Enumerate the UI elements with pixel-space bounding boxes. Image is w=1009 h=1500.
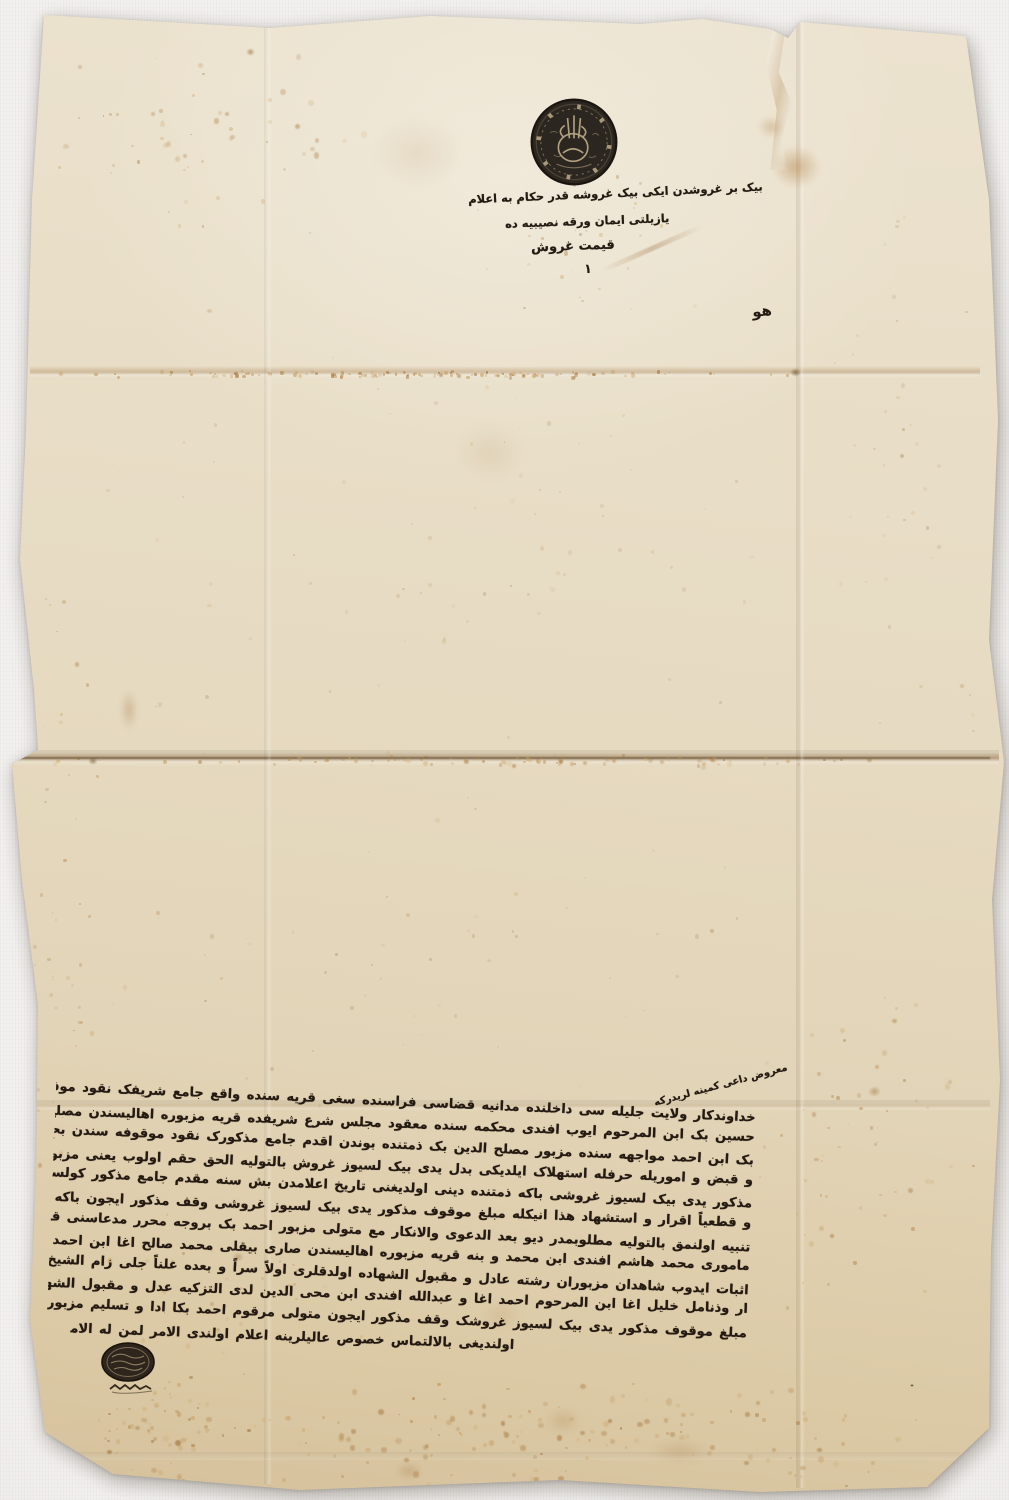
foxing-speck bbox=[403, 759, 407, 762]
foxing-speck bbox=[158, 702, 162, 707]
foxing-speck bbox=[483, 1443, 487, 1447]
foxing-speck bbox=[147, 1429, 150, 1432]
foxing-speck bbox=[534, 374, 537, 376]
foxing-speck bbox=[409, 1449, 412, 1452]
foxing-speck bbox=[209, 372, 212, 374]
foxing-speck bbox=[786, 759, 790, 763]
foxing-speck bbox=[88, 915, 91, 917]
foxing-speck bbox=[483, 592, 487, 595]
foxing-speck bbox=[395, 373, 398, 376]
foxing-speck bbox=[841, 1442, 845, 1446]
foxing-speck bbox=[474, 915, 478, 918]
tughra-seal-icon bbox=[528, 96, 620, 188]
foxing-speck bbox=[297, 755, 302, 760]
foxing-speck bbox=[827, 1127, 830, 1129]
foxing-speck bbox=[584, 877, 586, 880]
foxing-speck bbox=[610, 1439, 615, 1444]
foxing-speck bbox=[406, 375, 408, 377]
foxing-speck bbox=[191, 1444, 194, 1447]
foxing-speck bbox=[177, 1383, 181, 1387]
foxing-speck bbox=[657, 370, 660, 374]
foxing-speck bbox=[434, 1415, 438, 1419]
foxing-speck bbox=[44, 801, 47, 803]
foxing-speck bbox=[797, 763, 800, 766]
foxing-speck bbox=[414, 372, 417, 376]
foxing-speck bbox=[348, 757, 351, 759]
foxing-speck bbox=[540, 546, 545, 551]
foxing-speck bbox=[571, 271, 573, 273]
foxing-speck bbox=[429, 958, 432, 961]
foxing-speck bbox=[853, 1261, 857, 1264]
foxing-speck bbox=[676, 1404, 680, 1408]
foxing-speck bbox=[268, 372, 270, 374]
foxing-speck bbox=[361, 131, 367, 137]
stain-blob bbox=[910, 1384, 914, 1387]
foxing-speck bbox=[509, 373, 513, 377]
foxing-speck bbox=[314, 152, 320, 159]
foxing-speck bbox=[565, 907, 568, 909]
foxing-speck bbox=[36, 1109, 40, 1113]
foxing-speck bbox=[430, 763, 433, 767]
foxing-speck bbox=[450, 1416, 456, 1422]
foxing-speck bbox=[522, 374, 526, 378]
foxing-speck bbox=[383, 373, 386, 376]
foxing-speck bbox=[670, 1432, 675, 1437]
foxing-speck bbox=[58, 166, 61, 169]
foxing-speck bbox=[107, 1450, 113, 1454]
foxing-speck bbox=[803, 1417, 809, 1422]
foxing-speck bbox=[254, 1425, 256, 1428]
foxing-speck bbox=[667, 757, 670, 761]
foxing-speck bbox=[204, 954, 206, 956]
foxing-speck bbox=[150, 1426, 154, 1430]
foxing-speck bbox=[559, 491, 561, 493]
foxing-speck bbox=[307, 1453, 310, 1456]
foxing-speck bbox=[789, 1457, 792, 1459]
foxing-speck bbox=[537, 757, 540, 760]
foxing-speck bbox=[413, 373, 416, 376]
foxing-speck bbox=[183, 154, 187, 158]
foxing-speck bbox=[575, 372, 578, 375]
paper-sheet: بیک بر غروشدن ایکی بیک غروشه قدر حکام به… bbox=[0, 0, 1009, 1500]
foxing-speck bbox=[606, 1444, 609, 1447]
foxing-speck bbox=[877, 1127, 879, 1129]
foxing-speck bbox=[115, 1452, 118, 1455]
foxing-speck bbox=[75, 662, 79, 667]
foxing-speck bbox=[433, 375, 436, 378]
foxing-speck bbox=[645, 1398, 649, 1402]
foxing-speck bbox=[903, 1079, 906, 1082]
foxing-speck bbox=[230, 135, 236, 140]
foxing-speck bbox=[213, 461, 215, 463]
foxing-speck bbox=[189, 1376, 193, 1379]
foxing-speck bbox=[205, 695, 209, 699]
foxing-speck bbox=[298, 374, 302, 378]
foxing-speck bbox=[884, 410, 888, 414]
foxing-speck bbox=[558, 1406, 560, 1408]
foxing-speck bbox=[558, 1476, 564, 1481]
foxing-speck bbox=[536, 759, 540, 763]
foxing-speck bbox=[209, 582, 213, 586]
foxing-speck bbox=[204, 1425, 208, 1429]
foxing-speck bbox=[340, 375, 343, 379]
foxing-speck bbox=[280, 371, 284, 376]
foxing-speck bbox=[107, 1440, 110, 1443]
foxing-speck bbox=[51, 976, 54, 978]
foxing-speck bbox=[538, 1418, 542, 1422]
foxing-speck bbox=[144, 1419, 148, 1424]
foxing-speck bbox=[331, 373, 334, 376]
foxing-speck bbox=[876, 1141, 878, 1143]
foxing-speck bbox=[972, 730, 974, 733]
invocation-mark: هو bbox=[751, 301, 773, 321]
foxing-speck bbox=[724, 866, 727, 869]
foxing-speck bbox=[763, 1145, 767, 1149]
foxing-speck bbox=[386, 371, 389, 374]
foxing-speck bbox=[486, 268, 488, 270]
foxing-speck bbox=[560, 275, 564, 279]
foxing-speck bbox=[695, 934, 699, 939]
foxing-speck bbox=[364, 994, 367, 997]
foxing-speck bbox=[128, 1408, 131, 1410]
foxing-speck bbox=[697, 764, 701, 768]
foxing-speck bbox=[487, 959, 491, 962]
foxing-speck bbox=[122, 1421, 127, 1425]
foxing-speck bbox=[248, 942, 252, 946]
foxing-speck bbox=[664, 373, 666, 375]
foxing-speck bbox=[601, 372, 604, 375]
foxing-speck bbox=[620, 1427, 623, 1430]
foxing-speck bbox=[189, 370, 191, 372]
foxing-speck bbox=[394, 759, 396, 761]
foxing-speck bbox=[831, 1095, 834, 1098]
diagonal-crease bbox=[600, 223, 704, 273]
foxing-speck bbox=[140, 1485, 146, 1490]
foxing-speck bbox=[175, 156, 180, 162]
foxing-speck bbox=[395, 372, 397, 374]
foxing-speck bbox=[502, 373, 504, 376]
foxing-speck bbox=[123, 985, 127, 990]
foxing-speck bbox=[526, 756, 530, 761]
foxing-speck bbox=[207, 309, 211, 313]
foxing-speck bbox=[402, 588, 405, 590]
foxing-speck bbox=[191, 1446, 197, 1452]
foxing-speck bbox=[915, 442, 919, 446]
foxing-speck bbox=[378, 373, 382, 377]
foxing-speck bbox=[75, 818, 77, 820]
foxing-speck bbox=[605, 758, 610, 762]
foxing-speck bbox=[414, 1015, 416, 1017]
foxing-speck bbox=[346, 1437, 351, 1442]
foxing-speck bbox=[406, 758, 411, 764]
foxing-speck bbox=[519, 372, 522, 374]
foxing-speck bbox=[258, 374, 260, 376]
foxing-speck bbox=[911, 511, 914, 515]
foxing-speck bbox=[800, 1475, 803, 1478]
foxing-speck bbox=[350, 1445, 355, 1450]
foxing-speck bbox=[454, 1014, 458, 1018]
foxing-speck bbox=[744, 1461, 749, 1466]
foxing-speck bbox=[601, 1431, 607, 1436]
foxing-speck bbox=[523, 761, 526, 763]
foxing-speck bbox=[464, 760, 469, 765]
foxing-speck bbox=[865, 581, 867, 583]
foxing-speck bbox=[926, 526, 929, 530]
foxing-speck bbox=[709, 372, 712, 375]
foxing-speck bbox=[351, 1429, 356, 1434]
stain-blob bbox=[772, 146, 820, 188]
foxing-speck bbox=[845, 1485, 847, 1487]
foxing-speck bbox=[523, 307, 526, 310]
foxing-speck bbox=[191, 1416, 195, 1420]
foxing-speck bbox=[707, 758, 709, 760]
foxing-speck bbox=[467, 797, 469, 799]
foxing-speck bbox=[539, 489, 541, 491]
foxing-speck bbox=[220, 977, 223, 980]
foxing-speck bbox=[786, 374, 789, 377]
foxing-speck bbox=[412, 1397, 416, 1400]
paper-tear bbox=[762, 20, 804, 170]
foxing-speck bbox=[225, 112, 230, 116]
foxing-speck bbox=[888, 625, 891, 628]
foxing-speck bbox=[884, 577, 888, 581]
foxing-speck bbox=[164, 1387, 166, 1390]
foxing-speck bbox=[519, 1415, 522, 1418]
foxing-speck bbox=[339, 1433, 345, 1440]
foxing-speck bbox=[497, 1046, 499, 1049]
foxing-speck bbox=[452, 604, 456, 608]
foxing-speck bbox=[103, 115, 105, 117]
foxing-speck bbox=[482, 760, 485, 763]
foxing-speck bbox=[428, 583, 432, 587]
foxing-speck bbox=[507, 736, 511, 739]
foxing-speck bbox=[112, 164, 116, 167]
foxing-speck bbox=[570, 762, 574, 766]
foxing-speck bbox=[969, 694, 971, 696]
foxing-speck bbox=[914, 1003, 918, 1007]
foxing-speck bbox=[749, 555, 754, 559]
foxing-speck bbox=[900, 454, 904, 458]
foxing-speck bbox=[407, 374, 409, 376]
foxing-speck bbox=[609, 977, 612, 979]
foxing-speck bbox=[818, 1456, 824, 1463]
foxing-speck bbox=[919, 685, 923, 689]
foxing-speck bbox=[214, 373, 216, 375]
foxing-speck bbox=[350, 1006, 354, 1010]
foxing-speck bbox=[60, 713, 63, 716]
foxing-speck bbox=[903, 519, 905, 522]
foxing-speck bbox=[844, 1414, 847, 1418]
foxing-speck bbox=[817, 1448, 822, 1453]
foxing-speck bbox=[575, 230, 577, 232]
foxing-speck bbox=[47, 958, 51, 961]
foxing-speck bbox=[457, 374, 461, 378]
foxing-speck bbox=[169, 1393, 171, 1395]
foxing-speck bbox=[299, 759, 303, 762]
document-photo: بیک بر غروشدن ایکی بیک غروشه قدر حکام به… bbox=[0, 0, 1009, 1500]
foxing-speck bbox=[288, 758, 291, 761]
foxing-speck bbox=[764, 756, 768, 761]
foxing-speck bbox=[371, 373, 375, 378]
foxing-speck bbox=[407, 374, 409, 377]
stain-blob bbox=[758, 116, 784, 138]
foxing-speck bbox=[437, 1383, 441, 1386]
foxing-speck bbox=[247, 372, 250, 375]
foxing-speck bbox=[358, 372, 361, 375]
foxing-speck bbox=[563, 573, 566, 576]
foxing-speck bbox=[527, 263, 531, 266]
foxing-speck bbox=[230, 374, 234, 378]
foxing-speck bbox=[333, 375, 336, 378]
foxing-speck bbox=[681, 1413, 686, 1418]
foxing-speck bbox=[598, 288, 601, 291]
foxing-speck bbox=[540, 1453, 543, 1455]
foxing-speck bbox=[398, 1414, 400, 1416]
foxing-speck bbox=[377, 388, 379, 390]
foxing-speck bbox=[335, 953, 339, 956]
foxing-speck bbox=[630, 469, 632, 471]
foxing-speck bbox=[302, 1428, 306, 1432]
foxing-speck bbox=[788, 1471, 792, 1475]
foxing-speck bbox=[915, 1099, 919, 1103]
foxing-speck bbox=[80, 1021, 83, 1024]
foxing-speck bbox=[55, 919, 58, 922]
foxing-speck bbox=[309, 582, 312, 585]
foxing-speck bbox=[710, 758, 715, 763]
foxing-speck bbox=[456, 373, 459, 376]
foxing-speck bbox=[512, 1440, 516, 1444]
foxing-speck bbox=[354, 758, 358, 763]
foxing-speck bbox=[421, 1034, 423, 1036]
foxing-speck bbox=[161, 120, 165, 123]
foxing-speck bbox=[873, 448, 876, 451]
foxing-speck bbox=[812, 1112, 817, 1117]
foxing-speck bbox=[438, 880, 440, 882]
foxing-speck bbox=[467, 929, 470, 932]
foxing-speck bbox=[59, 372, 63, 376]
foxing-speck bbox=[868, 1471, 870, 1473]
foxing-speck bbox=[825, 1195, 828, 1198]
foxing-speck bbox=[875, 1065, 880, 1070]
foxing-speck bbox=[501, 760, 506, 765]
foxing-speck bbox=[177, 1412, 182, 1417]
foxing-speck bbox=[474, 507, 476, 509]
foxing-speck bbox=[163, 1435, 169, 1441]
foxing-speck bbox=[390, 755, 393, 758]
foxing-speck bbox=[147, 1430, 152, 1434]
foxing-speck bbox=[512, 372, 516, 377]
foxing-speck bbox=[494, 374, 497, 378]
foxing-speck bbox=[197, 1407, 199, 1409]
foxing-speck bbox=[748, 1454, 753, 1460]
fold-line-vertical-right bbox=[796, 18, 805, 1488]
foxing-speck bbox=[332, 356, 335, 359]
foxing-speck bbox=[833, 760, 835, 762]
foxing-speck bbox=[666, 1398, 672, 1405]
foxing-speck bbox=[49, 604, 51, 607]
foxing-speck bbox=[794, 1474, 796, 1476]
foxing-speck bbox=[381, 1447, 387, 1453]
oval-seal-icon bbox=[98, 1340, 162, 1404]
foxing-speck bbox=[188, 1399, 192, 1403]
petition-heading: معروض داعی کمینه لریدرکه bbox=[653, 1062, 789, 1108]
foxing-speck bbox=[510, 585, 512, 587]
foxing-speck bbox=[909, 424, 912, 427]
foxing-speck bbox=[342, 758, 345, 761]
foxing-speck bbox=[305, 373, 308, 376]
foxing-speck bbox=[438, 372, 440, 374]
foxing-speck bbox=[472, 1447, 477, 1451]
stain-blob bbox=[246, 48, 255, 56]
foxing-speck bbox=[234, 372, 237, 375]
foxing-speck bbox=[155, 538, 159, 542]
foxing-speck bbox=[198, 760, 202, 764]
stain-blob bbox=[868, 1086, 881, 1097]
foxing-speck bbox=[376, 376, 378, 378]
foxing-speck bbox=[182, 496, 184, 499]
foxing-speck bbox=[515, 935, 518, 938]
foxing-speck bbox=[538, 1423, 544, 1429]
foxing-speck bbox=[879, 722, 881, 724]
foxing-speck bbox=[776, 762, 780, 765]
foxing-speck bbox=[656, 933, 658, 935]
foxing-speck bbox=[576, 1438, 581, 1442]
foxing-speck bbox=[960, 684, 964, 689]
foxing-speck bbox=[348, 373, 351, 375]
foxing-speck bbox=[556, 571, 560, 575]
foxing-speck bbox=[896, 320, 899, 323]
foxing-speck bbox=[166, 141, 171, 147]
foxing-speck bbox=[477, 758, 479, 760]
foxing-speck bbox=[380, 977, 383, 980]
foxing-speck bbox=[780, 1134, 783, 1137]
foxing-speck bbox=[359, 376, 362, 379]
foxing-speck bbox=[292, 931, 295, 934]
foxing-speck bbox=[470, 442, 474, 446]
foxing-speck bbox=[337, 1421, 341, 1424]
foxing-speck bbox=[871, 1461, 876, 1465]
foxing-speck bbox=[131, 145, 134, 147]
foxing-speck bbox=[45, 598, 47, 600]
foxing-speck bbox=[106, 489, 110, 492]
stain-blob bbox=[120, 690, 138, 730]
foxing-speck bbox=[560, 373, 562, 375]
foxing-speck bbox=[326, 759, 329, 762]
foxing-speck bbox=[116, 1439, 120, 1444]
foxing-speck bbox=[377, 684, 380, 687]
foxing-speck bbox=[218, 111, 222, 115]
foxing-speck bbox=[534, 373, 536, 375]
foxing-speck bbox=[238, 760, 241, 763]
foxing-speck bbox=[109, 113, 112, 116]
foxing-speck bbox=[329, 690, 332, 693]
foxing-speck bbox=[506, 1388, 510, 1391]
foxing-speck bbox=[514, 263, 516, 265]
foxing-speck bbox=[207, 604, 212, 608]
foxing-speck bbox=[519, 473, 524, 478]
foxing-speck bbox=[459, 1432, 461, 1434]
foxing-speck bbox=[820, 1194, 823, 1197]
foxing-speck bbox=[201, 160, 204, 163]
foxing-speck bbox=[557, 1435, 563, 1441]
foxing-speck bbox=[53, 762, 57, 767]
foxing-speck bbox=[504, 375, 507, 378]
foxing-speck bbox=[378, 1409, 384, 1414]
foxing-speck bbox=[450, 372, 452, 374]
foxing-speck bbox=[702, 762, 706, 766]
foxing-speck bbox=[434, 401, 437, 405]
foxing-speck bbox=[345, 610, 348, 614]
